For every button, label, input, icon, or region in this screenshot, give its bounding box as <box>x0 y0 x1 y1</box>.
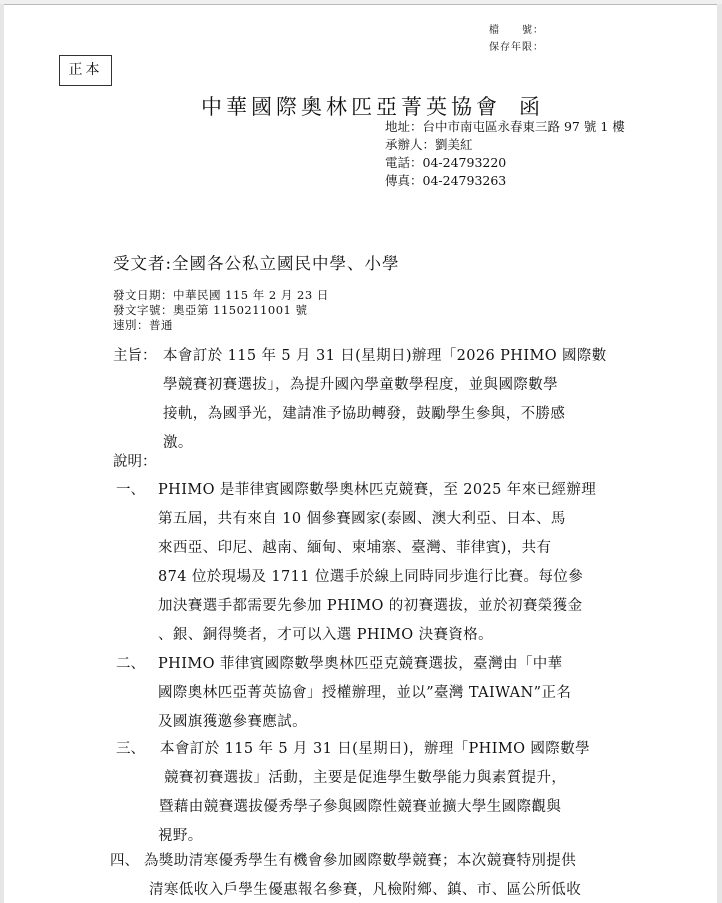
item-line: 國際奧林匹亞菁英協會」授權辦理，並以”臺灣 TAIWAN”正名 <box>158 679 571 708</box>
item-line: 及國旗獲邀參賽應試。 <box>158 708 571 737</box>
subject-text: 本會訂於 115 年 5 月 31 日(星期日)辦理「2026 PHIMO 國際… <box>163 342 607 458</box>
subject-label: 主旨： <box>113 342 157 371</box>
document-title: 中華國際奧林匹亞菁英協會函 <box>201 91 544 121</box>
item-number: 二、 <box>116 650 145 679</box>
subject-line: 學競賽初賽選拔」，為提升國內學童數學程度，並與國際數學 <box>163 371 607 400</box>
archive-number-label: 檔 號： <box>489 22 544 39</box>
item-line: 清寒低收入戶學生優惠報名參賽，凡檢附鄉、鎮、市、區公所低收 <box>144 876 581 903</box>
explanation-item-3: 本會訂於 115 年 5 月 31 日(星期日)，辦理「PHIMO 國際數學 競… <box>158 735 590 851</box>
item-line: 本會訂於 115 年 5 月 31 日(星期日)，辦理「PHIMO 國際數學 <box>158 735 590 764</box>
item-number: 三、 <box>116 735 145 764</box>
item-line: PHIMO 是菲律賓國際數學奧林匹克競賽，至 2025 年來已經辦理 <box>158 476 596 505</box>
item-line: 874 位於現場及 1711 位選手於線上同時同步進行比賽。每位參 <box>158 563 596 592</box>
address: 地址：台中市南屯區永春東三路 97 號 1 樓 <box>385 118 625 136</box>
explanation-item-1: PHIMO 是菲律賓國際數學奧林匹克競賽，至 2025 年來已經辦理 第五屆，共… <box>158 476 596 650</box>
copy-type-box: 正本 <box>59 55 112 86</box>
contact-block: 地址：台中市南屯區永春東三路 97 號 1 樓 承辦人：劉美紅 電話：04-24… <box>385 118 625 190</box>
document-kind: 函 <box>519 95 544 119</box>
item-line: 第五屆，共有來自 10 個參賽國家(泰國、澳大利亞、日本、馬 <box>158 505 596 534</box>
fax: 傳真：04-24793263 <box>385 172 625 190</box>
recipient: 受文者:全國各公私立國民中學、小學 <box>113 250 400 274</box>
phone: 電話：04-24793220 <box>385 154 625 172</box>
item-line: 為獎助清寒優秀學生有機會參加國際數學競賽；本次競賽特別提供 <box>144 847 581 876</box>
item-number: 四、 <box>110 847 139 876</box>
retention-period-label: 保存年限： <box>489 39 544 56</box>
item-line: 、銀、銅得獎者，才可以入選 PHIMO 決賽資格。 <box>158 621 596 650</box>
explanation-item-4: 為獎助清寒優秀學生有機會參加國際數學競賽；本次競賽特別提供 清寒低收入戶學生優惠… <box>144 847 581 903</box>
issue-date: 發文日期：中華民國 115 年 2 月 23 日 <box>113 288 329 303</box>
subject-line: 接軌，為國爭光，建請准予協助轉發，鼓勵學生參與，不勝感 <box>163 400 607 429</box>
document-number: 發文字號：奧亞第 1150211001 號 <box>113 303 329 318</box>
handler: 承辦人：劉美紅 <box>385 136 625 154</box>
subject-line: 本會訂於 115 年 5 月 31 日(星期日)辦理「2026 PHIMO 國際… <box>163 342 607 371</box>
document-page: 檔 號： 保存年限： 正本 中華國際奧林匹亞菁英協會函 地址：台中市南屯區永春東… <box>4 4 717 903</box>
item-line: 競賽初賽選拔」活動，主要是促進學生數學能力與素質提升， <box>158 764 590 793</box>
explanation-label: 說明： <box>113 448 157 477</box>
item-line: PHIMO 菲律賓國際數學奧林匹亞克競賽選拔，臺灣由「中華 <box>158 650 571 679</box>
meta-block: 發文日期：中華民國 115 年 2 月 23 日 發文字號：奧亞第 115021… <box>113 288 329 333</box>
subject-line: 激。 <box>163 429 607 458</box>
item-line: 暨藉由競賽選拔優秀學子參與國際性競賽並擴大學生國際觀與 <box>158 793 590 822</box>
explanation-item-2: PHIMO 菲律賓國際數學奧林匹亞克競賽選拔，臺灣由「中華 國際奧林匹亞菁英協會… <box>158 650 571 737</box>
priority: 速別：普通 <box>113 318 329 333</box>
item-line: 來西亞、印尼、越南、緬甸、柬埔寨、臺灣、菲律賓)，共有 <box>158 534 596 563</box>
item-line: 加決賽選手都需要先參加 PHIMO 的初賽選拔，並於初賽榮獲金 <box>158 592 596 621</box>
item-number: 一、 <box>116 476 145 505</box>
org-name: 中華國際奧林匹亞菁英協會 <box>201 95 501 119</box>
